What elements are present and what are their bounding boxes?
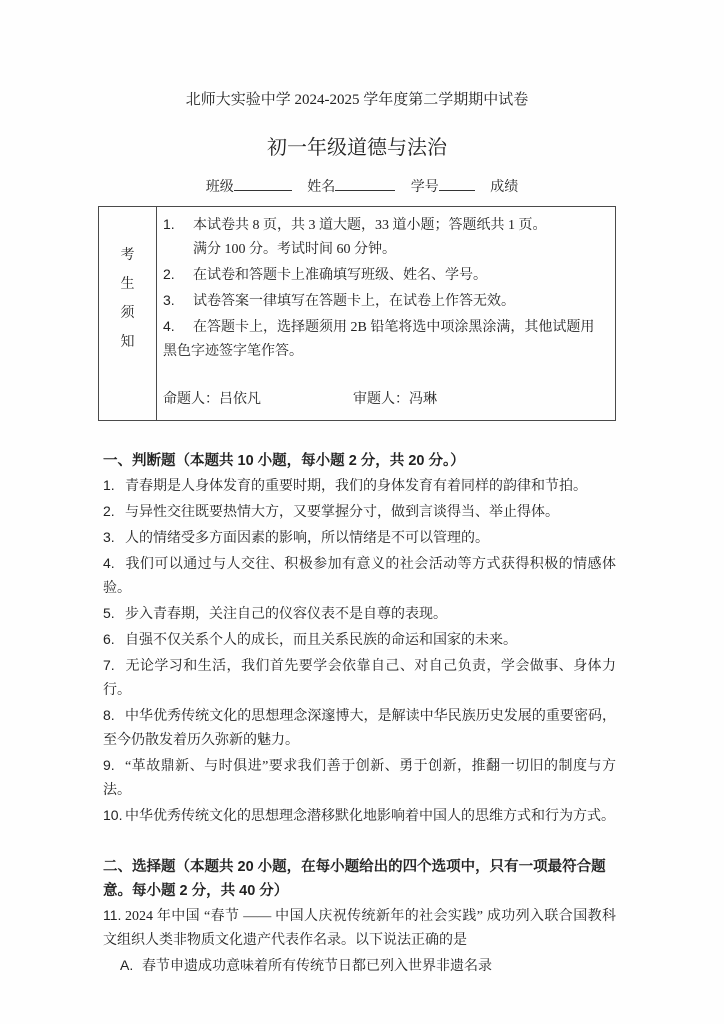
notice-side-char: 生 <box>121 273 135 297</box>
judgement-item-5: 5.步入青春期，关注自己的仪容仪表不是自尊的表现。 <box>98 601 616 627</box>
question-text: 自强不仅关系个人的成长，而且关系民族的命运和国家的未来。 <box>125 633 517 648</box>
notice-side-char: 须 <box>121 302 135 326</box>
notice-item: 3.试卷答案一律填写在答题卡上，在试卷上作答无效。 <box>163 288 605 314</box>
question-text: 青春期是人身体发育的重要时期，我们的身体发育有着同样的韵律和节拍。 <box>125 479 587 494</box>
judgement-item-9: 9.“革故鼎新、与时俱进”要求我们善于创新、勇于创新，推翻一切旧的制度与方法。 <box>98 753 616 803</box>
notice-item-text: 在答题卡上，选择题须用 2B 铅笔将选中项涂黑涂满，其他试题用黑色字迹签字笔作答… <box>163 320 594 359</box>
notice-item-number: 4. <box>163 314 193 338</box>
student-info-line: 班级 姓名 学号 成绩 <box>98 176 616 198</box>
id-field: 学号 <box>411 180 475 195</box>
notice-side-char: 知 <box>121 331 135 355</box>
question-text: 人的情绪受多方面因素的影响，所以情绪是不可以管理的。 <box>125 531 489 546</box>
class-blank-line <box>234 176 292 191</box>
class-field: 班级 <box>206 180 292 195</box>
notice-item-text: 本试卷共 8 页，共 3 道大题，33 道小题；答题纸共 1 页。 <box>193 218 547 233</box>
name-label: 姓名 <box>307 180 335 195</box>
signature-row: 命题人：吕依凡审题人：冯琳 <box>163 388 605 412</box>
section-judgement-heading: 一、判断题（本题共 10 小题，每小题 2 分，共 20 分。） <box>98 449 616 473</box>
notice-item: 1.本试卷共 8 页，共 3 道大题，33 道小题；答题纸共 1 页。 <box>163 212 605 238</box>
notice-item-continuation: 满分 100 分。考试时间 60 分钟。 <box>163 238 605 262</box>
question-text: 中华优秀传统文化的思想理念潜移默化地影响着中国人的思维方式和行为方式。 <box>125 809 615 824</box>
question-number: 4. <box>103 551 125 575</box>
section-choice-heading: 二、选择题（本题共 20 小题，在每小题给出的四个选项中，只有一项最符合题意。每… <box>98 855 616 903</box>
choice-question-11-option-a: A.春节申遗成功意味着所有传统节日都已列入世界非遗名录 <box>98 953 616 979</box>
question-number: 8. <box>103 703 125 727</box>
question-number: 5. <box>103 601 125 625</box>
judgement-item-6: 6.自强不仅关系个人的成长，而且关系民族的命运和国家的未来。 <box>98 627 616 653</box>
notice-item-number: 1. <box>163 212 193 236</box>
school-exam-title: 北师大实验中学 2024-2025 学年度第二学期期中试卷 <box>98 0 616 110</box>
judgement-item-8: 8.中华优秀传统文化的思想理念深邃博大，是解读中华民族历史发展的重要密码，至今仍… <box>98 703 616 753</box>
notice-item-number: 2. <box>163 262 193 286</box>
option-text: 春节申遗成功意味着所有传统节日都已列入世界非遗名录 <box>142 959 492 974</box>
question-text: 中华优秀传统文化的思想理念深邃博大，是解读中华民族历史发展的重要密码，至今仍散发… <box>103 709 616 748</box>
question-text: 与异性交往既要热情大方，又要掌握分寸，做到言谈得当、举止得体。 <box>125 505 559 520</box>
name-blank-line <box>335 176 395 191</box>
question-text: 步入青春期，关注自己的仪容仪表不是自尊的表现。 <box>125 607 447 622</box>
id-label: 学号 <box>411 180 439 195</box>
choice-question-11: 11.2024 年中国 “春节 —— 中国人庆祝传统新年的社会实践” 成功列入联… <box>98 903 616 953</box>
notice-item-text: 试卷答案一律填写在答题卡上，在试卷上作答无效。 <box>193 294 515 309</box>
judgement-item-3: 3.人的情绪受多方面因素的影响，所以情绪是不可以管理的。 <box>98 525 616 551</box>
id-blank-line <box>439 176 475 191</box>
question-reviewer: 审题人：冯琳 <box>353 392 437 407</box>
question-number: 7. <box>103 653 125 677</box>
judgement-item-10: 10.中华优秀传统文化的思想理念潜移默化地影响着中国人的思维方式和行为方式。 <box>98 803 616 829</box>
notice-item-number: 3. <box>163 288 193 312</box>
question-number: 3. <box>103 525 125 549</box>
notice-item-text: 在试卷和答题卡上准确填写班级、姓名、学号。 <box>193 268 487 283</box>
judgement-item-7: 7.无论学习和生活，我们首先要学会依靠自己、对自己负责，学会做事、身体力行。 <box>98 653 616 703</box>
subject-title: 初一年级道德与法治 <box>98 110 616 160</box>
notice-content: 1.本试卷共 8 页，共 3 道大题，33 道小题；答题纸共 1 页。 满分 1… <box>157 207 615 420</box>
judgement-item-1: 1.青春期是人身体发育的重要时期，我们的身体发育有着同样的韵律和节拍。 <box>98 473 616 499</box>
judgement-item-2: 2.与异性交往既要热情大方，又要掌握分寸，做到言谈得当、举止得体。 <box>98 499 616 525</box>
option-label: A. <box>120 953 142 977</box>
question-text: “革故鼎新、与时俱进”要求我们善于创新、勇于创新，推翻一切旧的制度与方法。 <box>103 759 616 798</box>
examinee-notice-box: 考 生 须 知 1.本试卷共 8 页，共 3 道大题，33 道小题；答题纸共 1… <box>98 206 616 421</box>
question-number: 6. <box>103 627 125 651</box>
question-text: 2024 年中国 “春节 —— 中国人庆祝传统新年的社会实践” 成功列入联合国教… <box>103 909 616 948</box>
question-number: 9. <box>103 753 125 777</box>
question-text: 我们可以通过与人交往、积极参加有意义的社会活动等方式获得积极的情感体验。 <box>103 557 616 596</box>
notice-item: 2.在试卷和答题卡上准确填写班级、姓名、学号。 <box>163 262 605 288</box>
score-label: 成绩 <box>490 180 518 195</box>
notice-item: 4.在答题卡上，选择题须用 2B 铅笔将选中项涂黑涂满，其他试题用黑色字迹签字笔… <box>163 314 605 364</box>
name-field: 姓名 <box>307 180 395 195</box>
question-number: 2. <box>103 499 125 523</box>
judgement-item-4: 4.我们可以通过与人交往、积极参加有意义的社会活动等方式获得积极的情感体验。 <box>98 551 616 601</box>
notice-side-char: 考 <box>121 244 135 268</box>
question-setter: 命题人：吕依凡 <box>163 392 261 407</box>
question-number: 10. <box>103 803 125 827</box>
page-content: 北师大实验中学 2024-2025 学年度第二学期期中试卷 初一年级道德与法治 … <box>98 0 616 979</box>
score-field: 成绩 <box>490 180 518 195</box>
notice-side-label: 考 生 须 知 <box>99 207 157 420</box>
question-number: 1. <box>103 473 125 497</box>
question-text: 无论学习和生活，我们首先要学会依靠自己、对自己负责，学会做事、身体力行。 <box>103 659 616 698</box>
class-label: 班级 <box>206 180 234 195</box>
question-number: 11. <box>103 903 125 927</box>
exam-paper-page: 北师大实验中学 2024-2025 学年度第二学期期中试卷 初一年级道德与法治 … <box>0 0 724 1024</box>
